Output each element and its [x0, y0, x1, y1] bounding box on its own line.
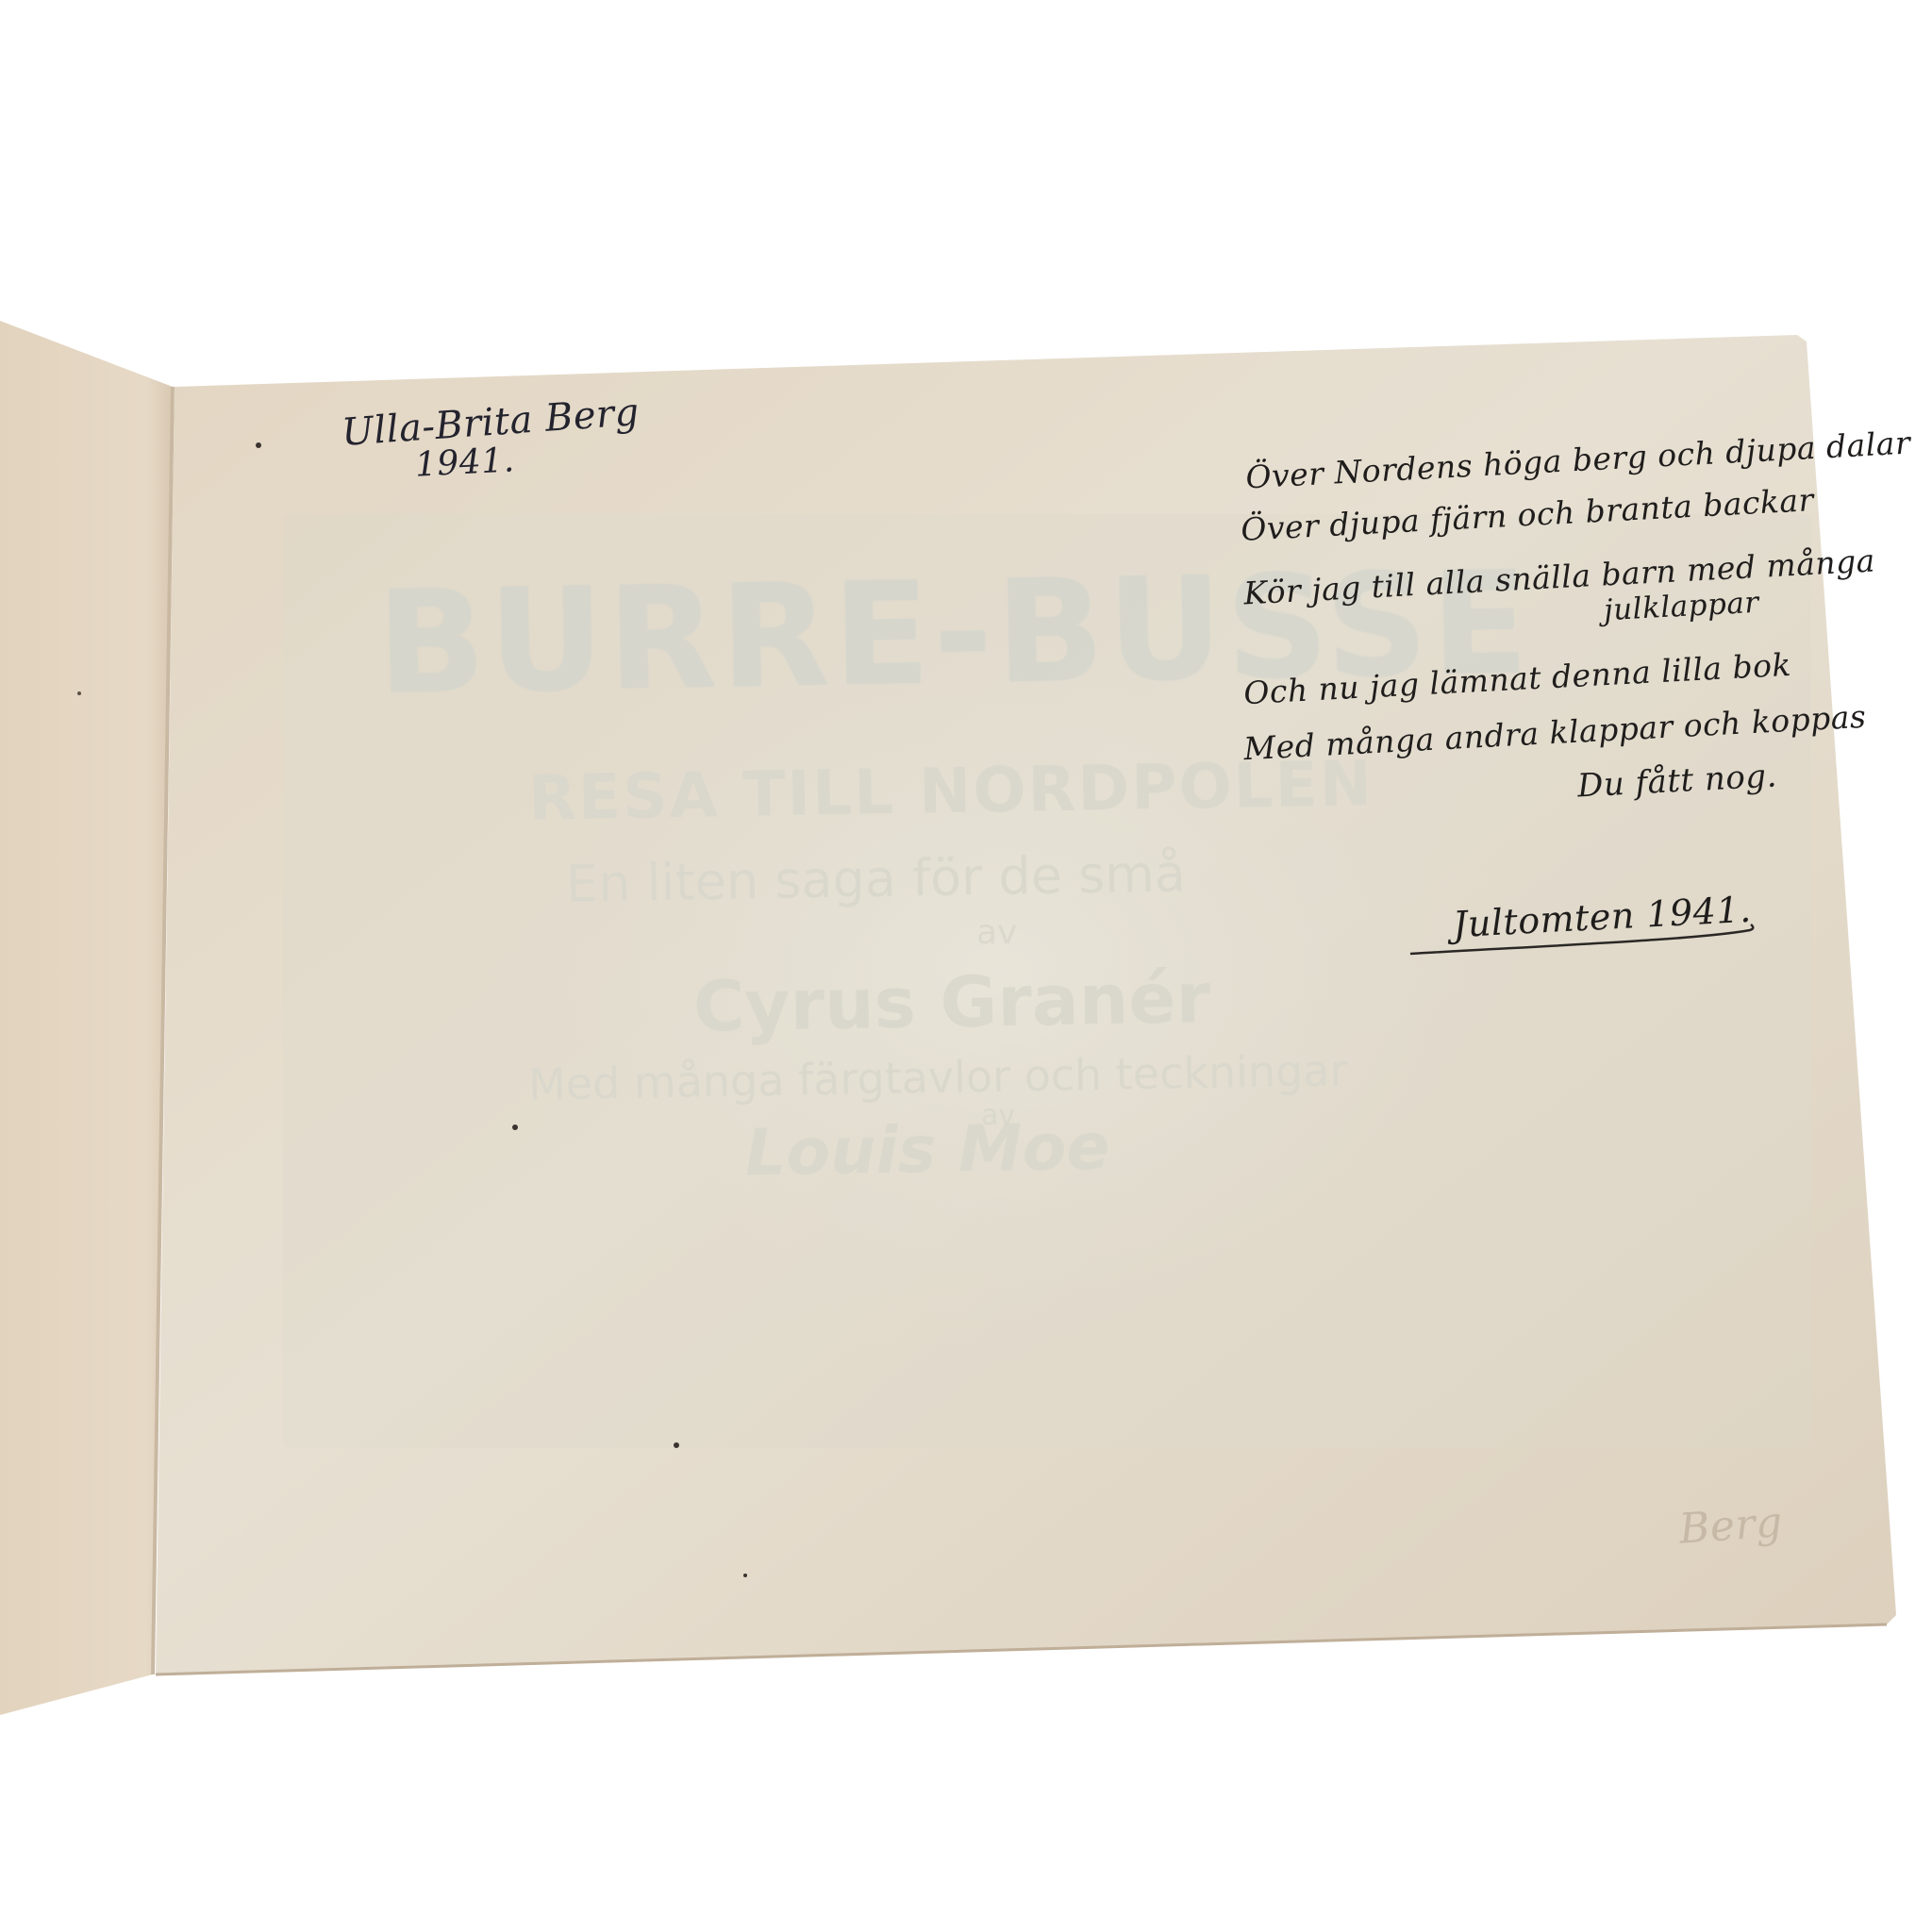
- ink-speck: [512, 1124, 518, 1130]
- ghost-author: Cyrus Granér: [692, 958, 1210, 1048]
- ghost-tagline: En liten saga för de små: [566, 843, 1187, 913]
- ghost-illustrator: Louis Moe: [744, 1110, 1110, 1191]
- owner-year: 1941.: [414, 441, 516, 484]
- left-page: [0, 321, 173, 1715]
- ink-speck: [256, 442, 261, 448]
- ink-speck: [674, 1442, 679, 1448]
- faint-signature: Berg: [1677, 1498, 1784, 1554]
- ink-speck: [743, 1574, 747, 1577]
- ghost-by: av: [976, 913, 1017, 952]
- ink-speck: [77, 691, 81, 695]
